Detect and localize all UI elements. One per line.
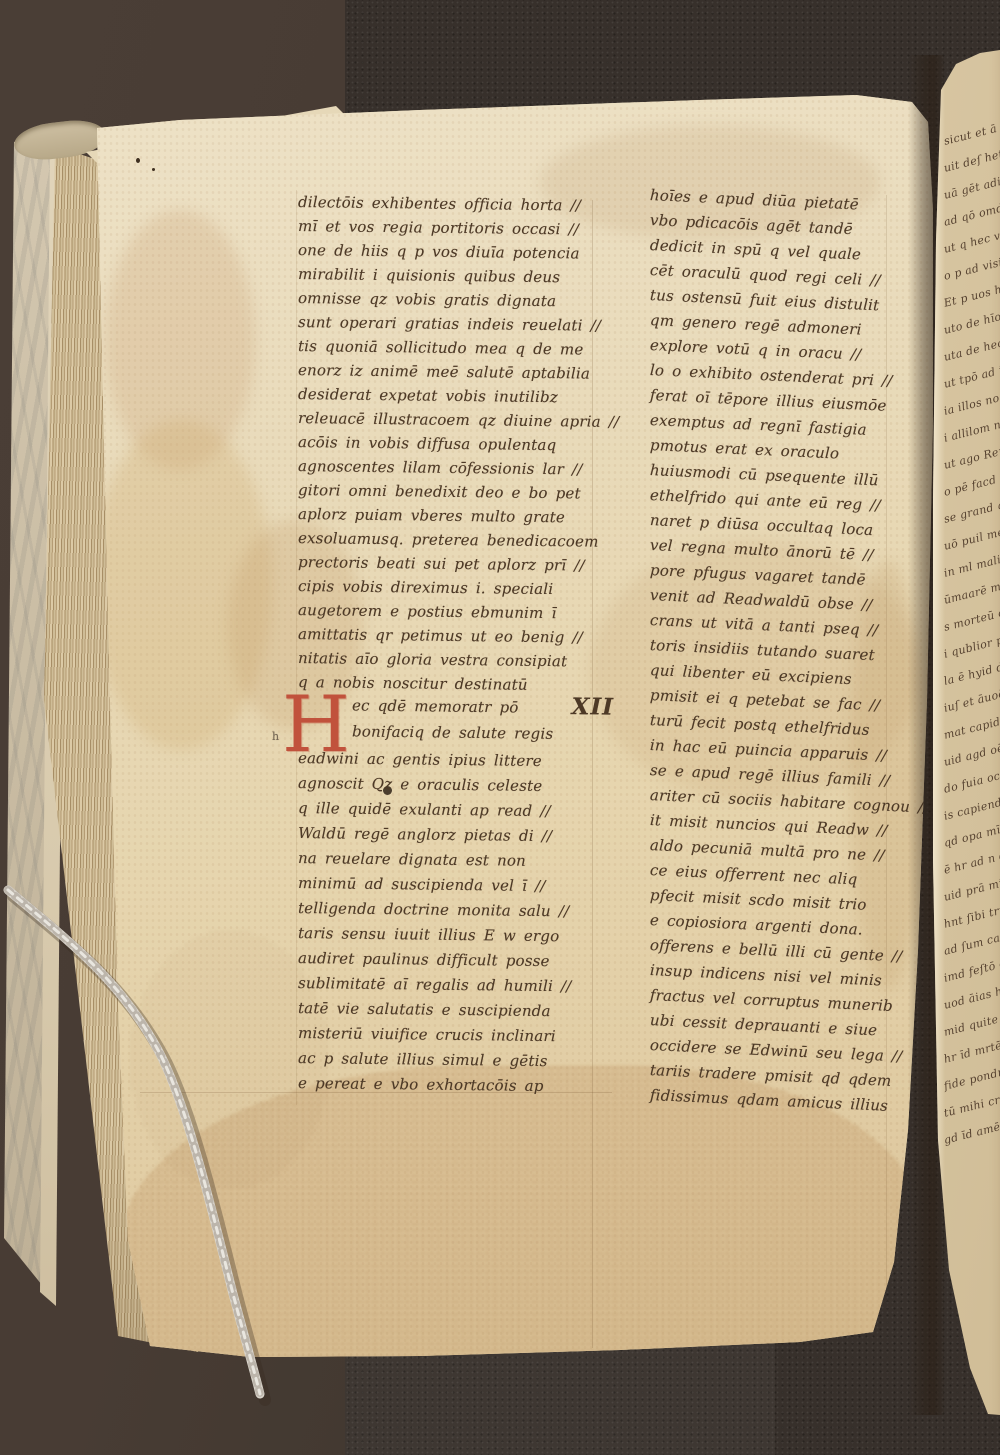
facing-page-text: sicut et āuit deſ het fuituā gēt adit oa… — [944, 128, 1000, 1154]
text-column-right: hoīes e apud diūa pietatēvbo pdicacōis a… — [650, 183, 930, 1108]
rubric-initial: H — [282, 694, 350, 756]
text-block: eadwini ac gentis ipius littereagnoscit … — [298, 746, 622, 1096]
ruling-line-vertical — [296, 190, 297, 1105]
ink-speck — [152, 168, 155, 171]
chapter-heading-line2: bonifaciq de salute regis — [352, 718, 622, 747]
manuscript-photo: dilectōis exhibentes officia horta //mī … — [0, 0, 1000, 1455]
chapter-heading: ec qdē memoratr pō XII — [352, 692, 614, 721]
text-line: e pereat e vbo exhortacōis ap — [298, 1071, 622, 1100]
chapter-heading-text: ec qdē memoratr pō — [352, 692, 519, 720]
text-block: dilectōis exhibentes officia horta //mī … — [298, 190, 622, 694]
text-column-left: dilectōis exhibentes officia horta //mī … — [298, 190, 622, 1096]
manuscript-page: dilectōis exhibentes officia horta //mī … — [0, 0, 1000, 1455]
chapter-numeral: XII — [571, 695, 614, 722]
ink-speck — [136, 158, 140, 163]
guide-letter: h — [272, 730, 279, 743]
